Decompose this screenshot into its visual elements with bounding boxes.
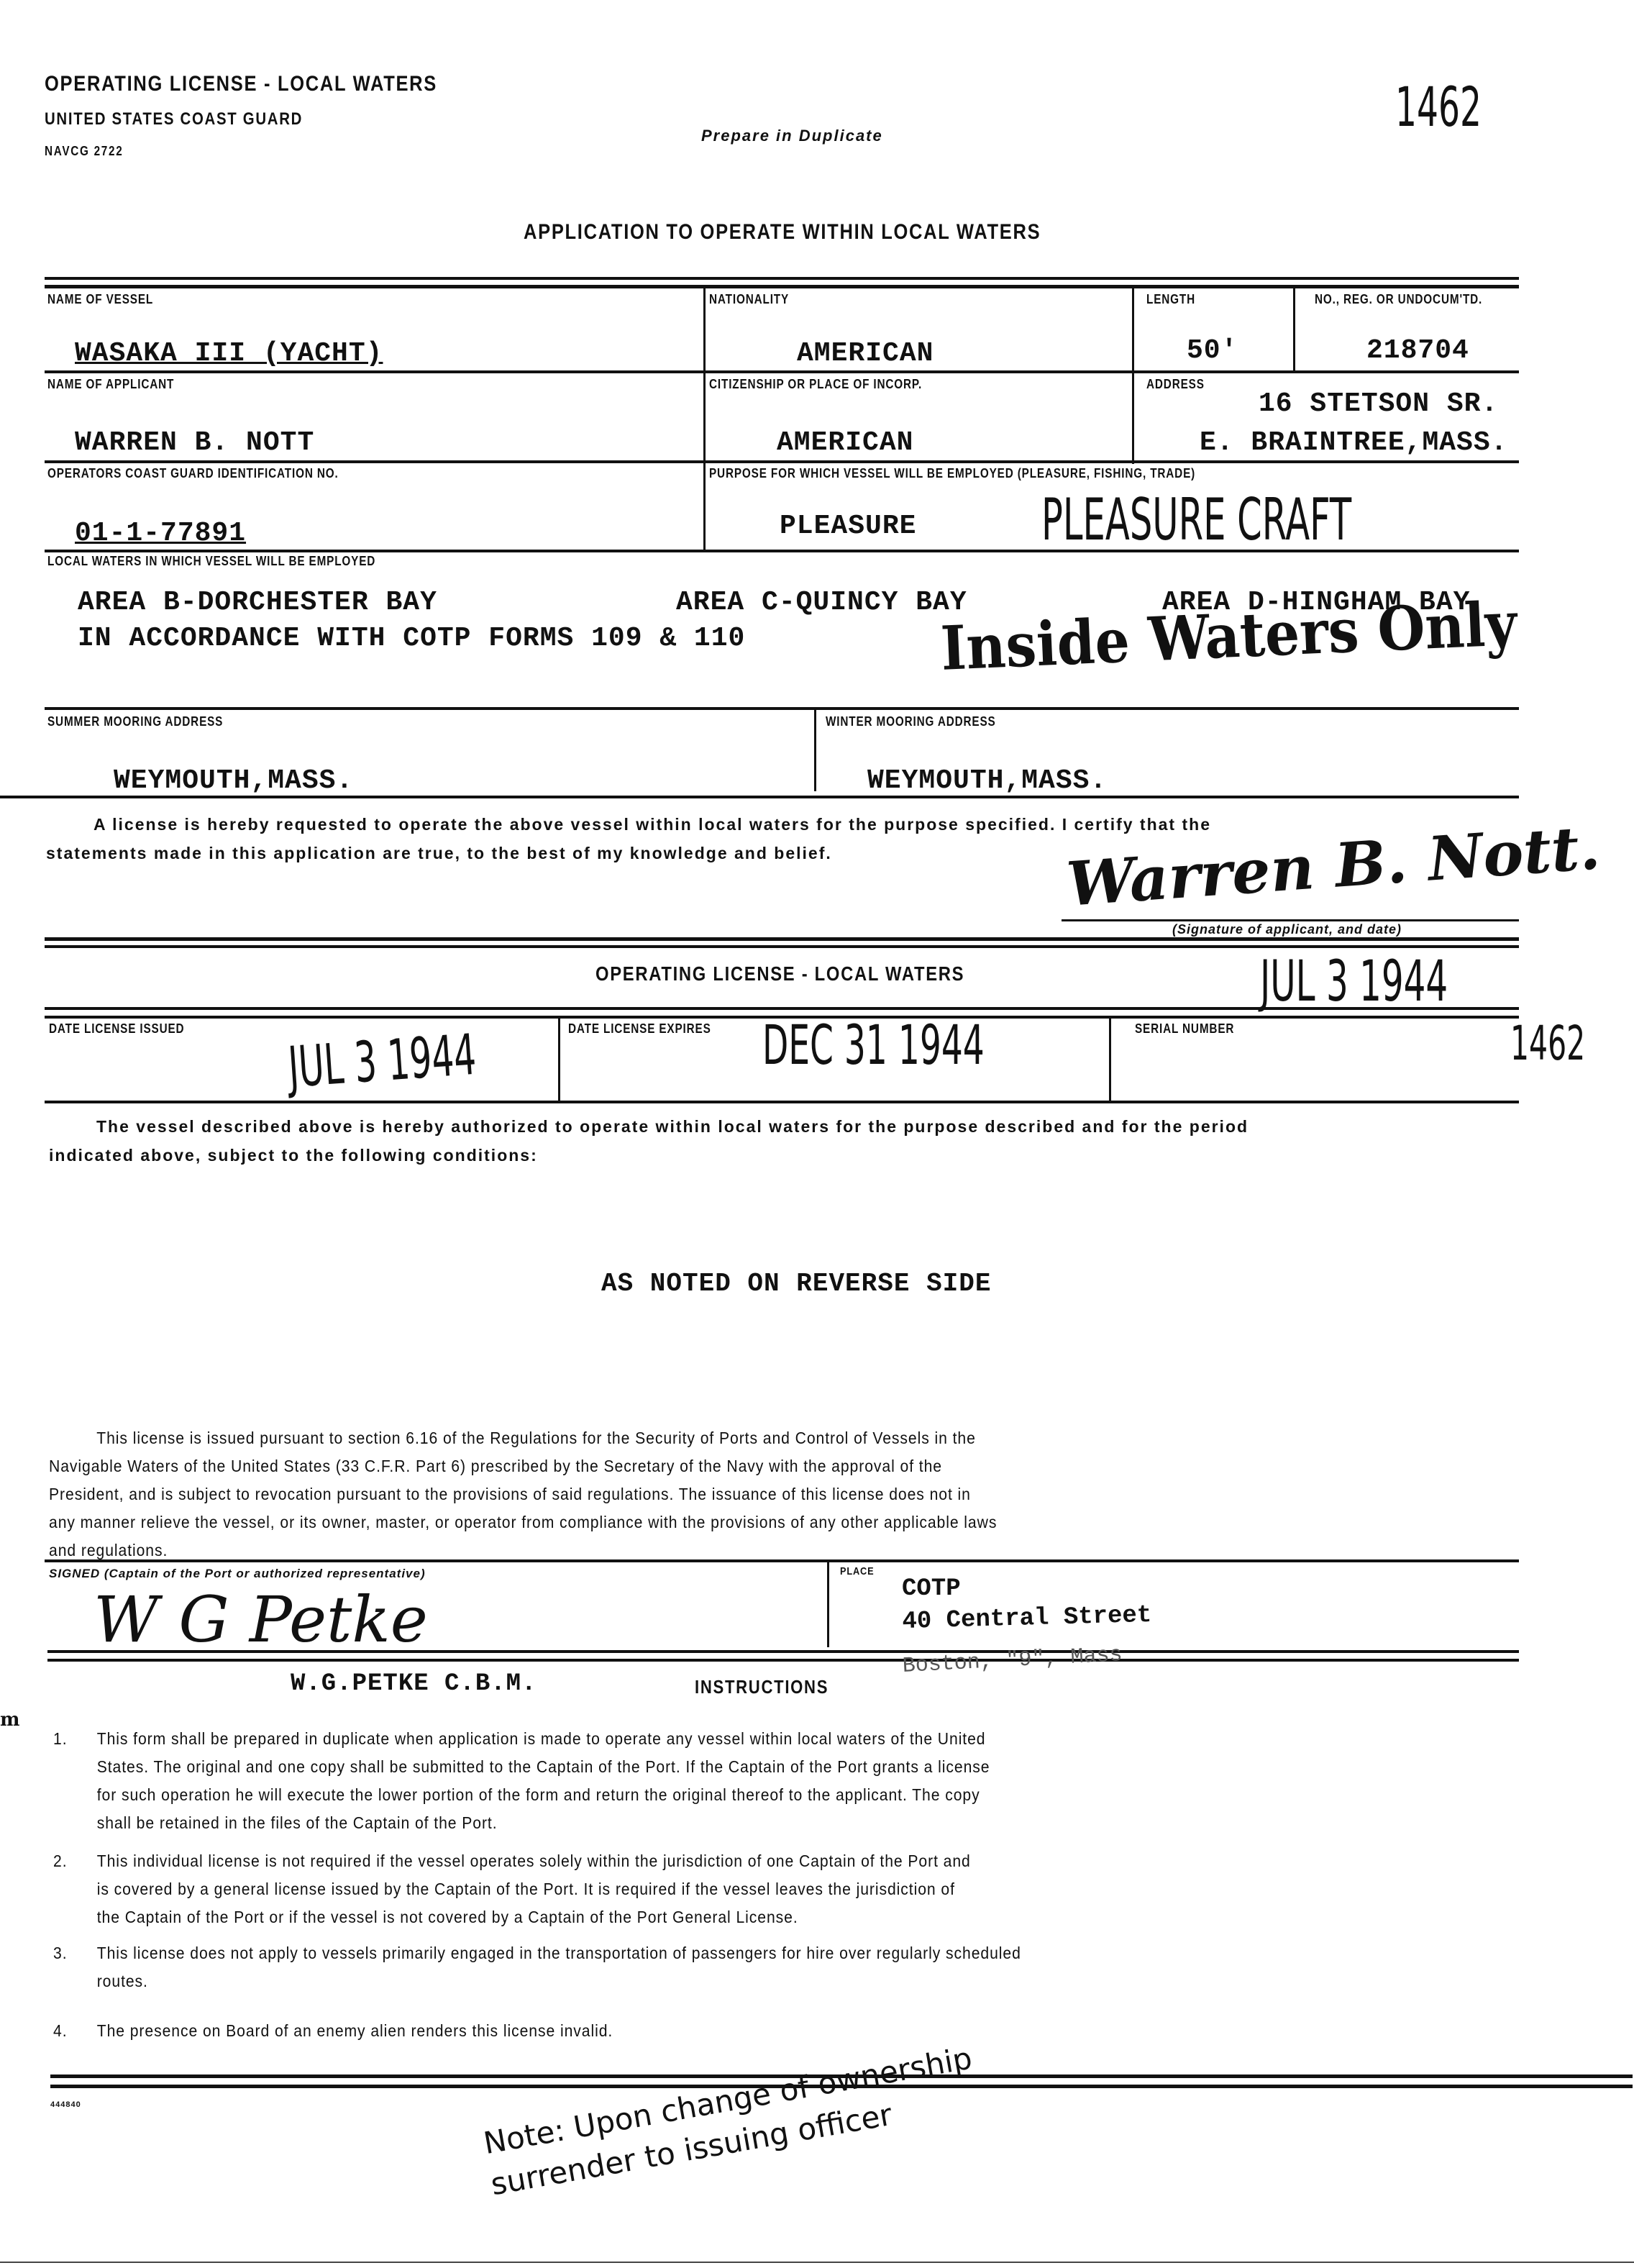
instruction-item-4: 4. The presence on Board of an enemy ali… [53, 2017, 1496, 2045]
reg-number-label: NO., REG. OR UNDOCUM'TD. [1315, 292, 1482, 307]
signer-typed-name: W.G.PETKE C.B.M. [291, 1670, 537, 1698]
purpose-label: PURPOSE FOR WHICH VESSEL WILL BE EMPLOYE… [709, 466, 1195, 481]
instruction-number: 2. [53, 1847, 67, 1875]
ownership-note: Note: Upon change of ownership surrender… [480, 2037, 982, 2205]
address-label: ADDRESS [1146, 377, 1205, 392]
date-expires-label: DATE LICENSE EXPIRES [568, 1021, 711, 1037]
authorization-line2: indicated above, subject to the followin… [49, 1141, 538, 1170]
area-c[interactable]: AREA C-QUINCY BAY [676, 587, 967, 618]
applicant-name-value[interactable]: WARREN B. NOTT [75, 427, 314, 458]
date-issued-value[interactable]: JUL 3 1944 [286, 1023, 478, 1101]
citizenship-label: CITIZENSHIP OR PLACE OF INCORP. [709, 377, 922, 392]
instruction-line: is covered by a general license issued b… [97, 1875, 1496, 1903]
applicant-name-label: NAME OF APPLICANT [47, 377, 174, 392]
print-code: 444840 [50, 2100, 81, 2109]
certification-line1: A license is hereby requested to operate… [93, 810, 1211, 839]
cotp-forms-accordance[interactable]: IN ACCORDANCE WITH COTP FORMS 109 & 110 [78, 623, 745, 654]
regulation-line: President, and is subject to revocation … [49, 1480, 1492, 1508]
instruction-line: This license does not apply to vessels p… [97, 1939, 1496, 1967]
operator-id-label: OPERATORS COAST GUARD IDENTIFICATION NO. [47, 466, 339, 481]
form-number: NAVCG 2722 [45, 144, 123, 159]
prepare-instruction: Prepare in Duplicate [701, 127, 883, 145]
regulation-line: This license is issued pursuant to secti… [49, 1424, 1492, 1452]
reg-number-value[interactable]: 218704 [1366, 335, 1469, 366]
instruction-line: The presence on Board of an enemy alien … [97, 2017, 1496, 2045]
place-line2[interactable]: 40 Central Street [902, 1602, 1152, 1636]
instruction-item-1: 1. This form shall be prepared in duplic… [53, 1725, 1496, 1837]
serial-stamp-top: 1462 [1395, 75, 1482, 139]
instruction-line: States. The original and one copy shall … [97, 1753, 1496, 1781]
date-issued-label: DATE LICENSE ISSUED [49, 1021, 184, 1037]
instruction-line: shall be retained in the files of the Ca… [97, 1809, 1496, 1837]
instruction-line: This individual license is not required … [97, 1847, 1496, 1875]
conditions-value[interactable]: AS NOTED ON REVERSE SIDE [601, 1269, 991, 1298]
address-line2[interactable]: E. BRAINTREE,MASS. [1200, 427, 1507, 458]
license-title: OPERATING LICENSE - LOCAL WATERS [595, 962, 964, 985]
place-line1[interactable]: COTP [902, 1575, 961, 1603]
local-waters-label: LOCAL WATERS IN WHICH VESSEL WILL BE EMP… [47, 554, 375, 569]
instruction-item-3: 3. This license does not apply to vessel… [53, 1939, 1496, 1995]
regulation-text: This license is issued pursuant to secti… [49, 1424, 1492, 1565]
application-title: APPLICATION TO OPERATE WITHIN LOCAL WATE… [524, 220, 1041, 245]
instruction-item-2: 2. This individual license is not requir… [53, 1847, 1496, 1931]
summer-mooring-label: SUMMER MOORING ADDRESS [47, 714, 223, 729]
inside-waters-only-stamp: Inside Waters Only [939, 588, 1518, 684]
serial-number-label: SERIAL NUMBER [1135, 1021, 1234, 1037]
vessel-name-label: NAME OF VESSEL [47, 292, 153, 307]
nationality-value[interactable]: AMERICAN [797, 338, 934, 369]
serial-number-value[interactable]: 1462 [1510, 1016, 1585, 1071]
cotp-signature[interactable]: W G Petke [93, 1582, 428, 1657]
address-line1[interactable]: 16 STETSON SR. [1259, 388, 1498, 419]
license-title-date-stamp: JUL 3 1944 [1260, 949, 1448, 1014]
instruction-number: 3. [53, 1939, 67, 1967]
area-b[interactable]: AREA B-DORCHESTER BAY [78, 587, 437, 618]
agency-name: UNITED STATES COAST GUARD [45, 109, 303, 129]
place-label: PLACE [840, 1565, 874, 1577]
form-title: OPERATING LICENSE - LOCAL WATERS [45, 72, 437, 96]
date-expires-value[interactable]: DEC 31 1944 [762, 1013, 985, 1077]
instruction-line: routes. [97, 1967, 1496, 1995]
length-value[interactable]: 50' [1187, 335, 1238, 366]
winter-mooring-value[interactable]: WEYMOUTH,MASS. [867, 765, 1107, 796]
summer-mooring-value[interactable]: WEYMOUTH,MASS. [114, 765, 353, 796]
regulation-line: any manner relieve the vessel, or its ow… [49, 1508, 1492, 1536]
instruction-line: This form shall be prepared in duplicate… [97, 1725, 1496, 1753]
place-line3[interactable]: Boston, "9", Mass [902, 1643, 1123, 1679]
winter-mooring-label: WINTER MOORING ADDRESS [826, 714, 996, 729]
pleasure-craft-stamp: PLEASURE CRAFT [1041, 486, 1351, 553]
instruction-line: the Captain of the Port or if the vessel… [97, 1903, 1496, 1931]
regulation-line: Navigable Waters of the United States (3… [49, 1452, 1492, 1480]
margin-mark: m [0, 1709, 20, 1731]
signature-caption: (Signature of applicant, and date) [1172, 922, 1402, 937]
nationality-label: NATIONALITY [709, 292, 789, 307]
instruction-line: for such operation he will execute the l… [97, 1781, 1496, 1809]
operator-id-value[interactable]: 01-1-77891 [75, 518, 246, 549]
instructions-title: INSTRUCTIONS [695, 1676, 829, 1698]
authorization-line1: The vessel described above is hereby aut… [96, 1112, 1249, 1141]
citizenship-value[interactable]: AMERICAN [777, 427, 913, 458]
purpose-value[interactable]: PLEASURE [780, 511, 916, 542]
instruction-number: 4. [53, 2017, 67, 2045]
signed-label: SIGNED (Captain of the Port or authorize… [49, 1567, 426, 1581]
length-label: LENGTH [1146, 292, 1195, 307]
instruction-number: 1. [53, 1725, 67, 1753]
certification-line2: statements made in this application are … [46, 839, 832, 867]
vessel-name-value[interactable]: WASAKA III (YACHT) [75, 338, 383, 369]
